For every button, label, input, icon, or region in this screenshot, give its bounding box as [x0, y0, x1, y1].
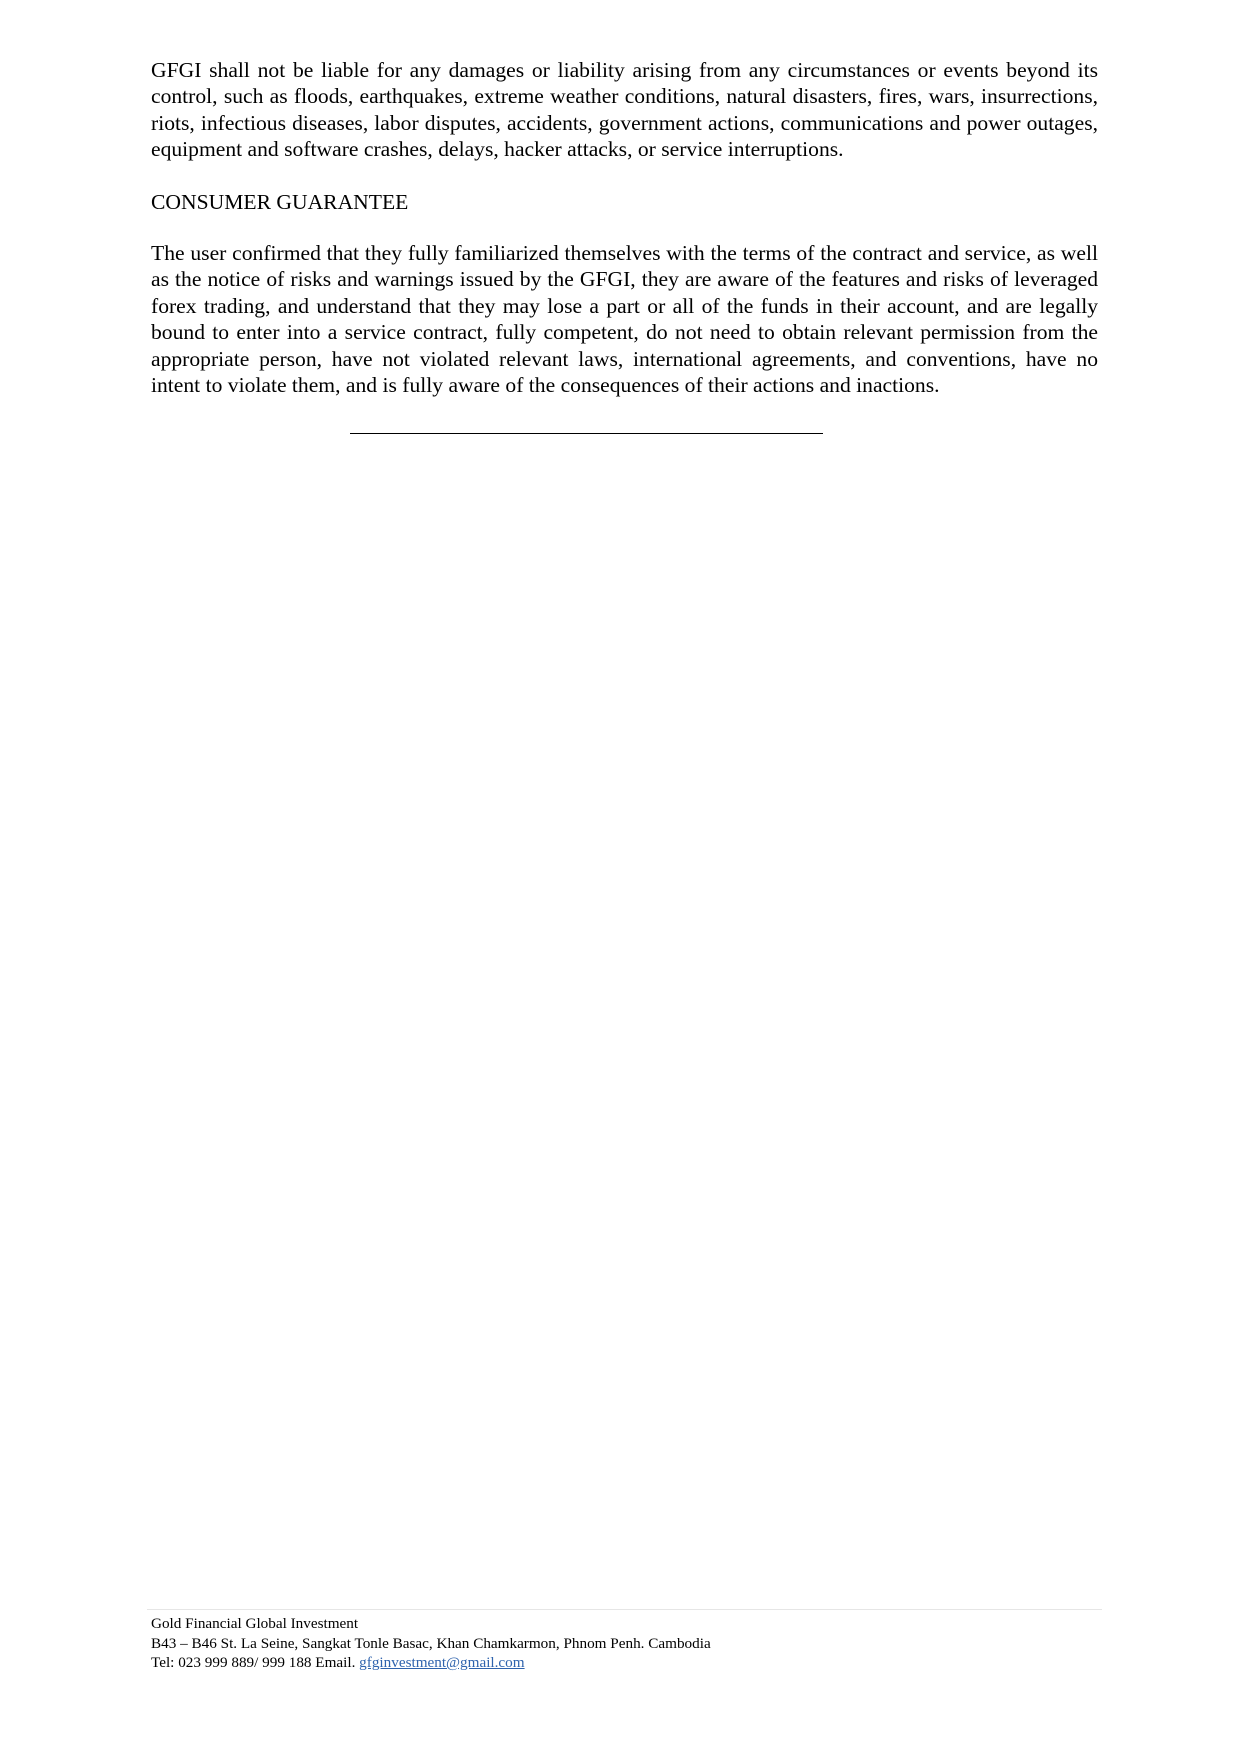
section-heading-consumer-guarantee: CONSUMER GUARANTEE: [151, 189, 408, 215]
document-page: GFGI shall not be liable for any damages…: [0, 0, 1240, 1754]
footer-contact-phone: Tel: 023 999 889/ 999 188 Email.: [151, 1654, 359, 1671]
footer-divider: [147, 1609, 1102, 1610]
footer-contact: Tel: 023 999 889/ 999 188 Email. gfginve…: [151, 1653, 711, 1673]
footer-address: B43 – B46 St. La Seine, Sangkat Tonle Ba…: [151, 1634, 711, 1654]
footer-email-link[interactable]: gfginvestment@gmail.com: [359, 1654, 524, 1671]
page-footer: Gold Financial Global Investment B43 – B…: [151, 1614, 711, 1673]
liability-paragraph: GFGI shall not be liable for any damages…: [151, 57, 1098, 163]
signature-line: [350, 433, 823, 434]
footer-company-name: Gold Financial Global Investment: [151, 1614, 711, 1634]
consumer-guarantee-paragraph: The user confirmed that they fully famil…: [151, 240, 1098, 398]
